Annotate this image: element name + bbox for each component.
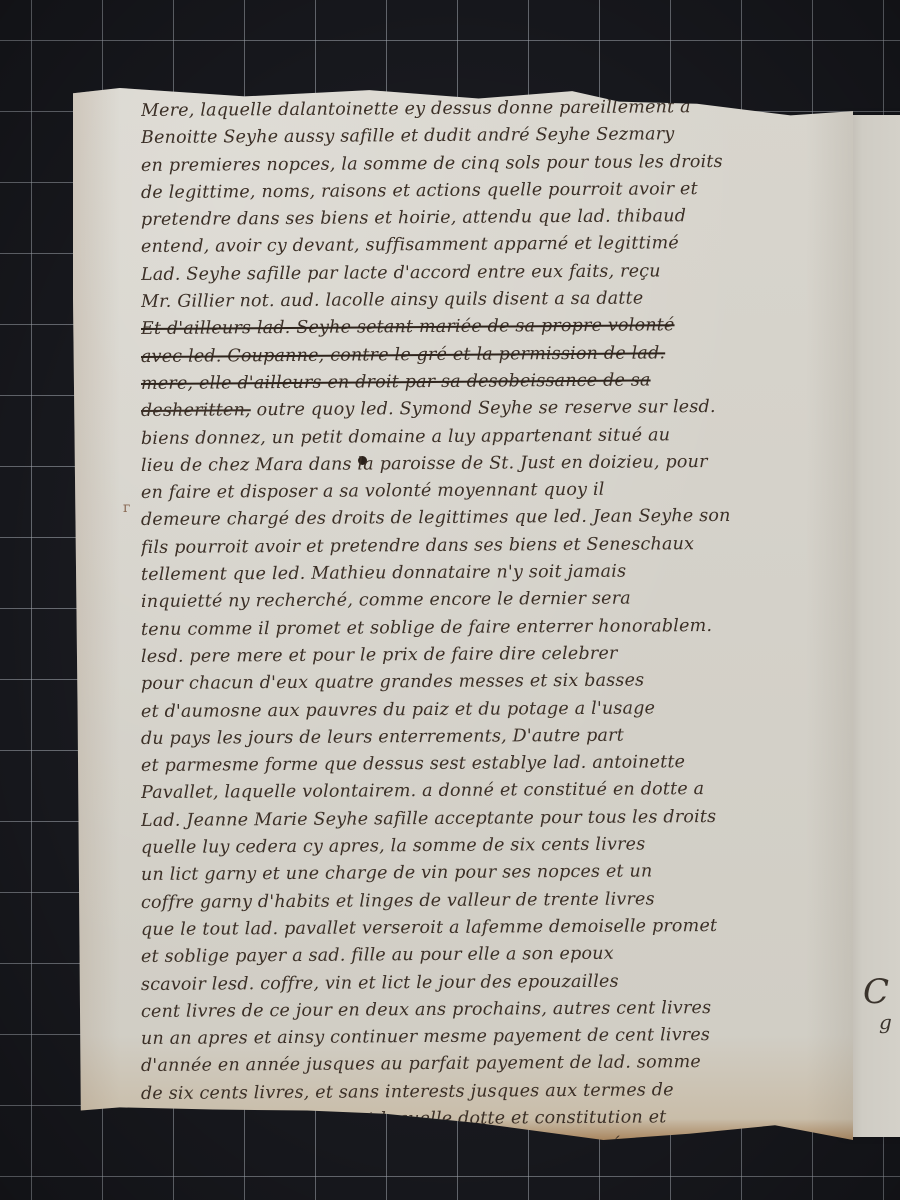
text-line: Benoitte Seyhe aussy safille et dudit an… — [141, 120, 831, 152]
text-line: tellement que led. Mathieu donnataire n'… — [141, 557, 831, 589]
text-line: pour chacun d'eux quatre grandes messes … — [141, 666, 831, 698]
text-line: scavoir lesd. coffre, vin et lict le jou… — [141, 967, 831, 999]
text-line: Lad. Jeanne Marie Seyhe safille acceptan… — [141, 803, 831, 835]
text-line: demeure chargé des droits de legittimes … — [141, 503, 831, 535]
text-line: un lict garny et une charge de vin pour … — [141, 857, 831, 889]
margin-mark: ᴦ — [123, 500, 130, 516]
text-line: telle somme a lad. future epouze avec se… — [141, 1130, 831, 1162]
partially-struck-text-line: desheritten, outre quoy led. Symond Seyh… — [141, 393, 831, 425]
text-line: du pays les jours de leurs enterrements,… — [141, 721, 831, 753]
text-line: tenu comme il promet et soblige de faire… — [141, 612, 831, 644]
text-line: que le tout lad. pavallet verseroit a la… — [141, 912, 831, 944]
text-line: en premieres nopces, la somme de cinq so… — [141, 148, 831, 180]
text-line: fils pourroit avoir et pretendre dans se… — [141, 530, 831, 562]
text-line: un an apres et ainsy continuer mesme pay… — [141, 1021, 831, 1053]
text-line: coffre garny d'habits et linges de valle… — [141, 885, 831, 917]
text-line: Pavallet, laquelle volontairem. a donné … — [141, 776, 831, 808]
text-line: payer echeus, Moyennant laquelle dotte e… — [141, 1103, 831, 1135]
handwritten-text: Mere, laquelle dalantoinette ey dessus d… — [141, 98, 831, 1163]
struck-text-line: Et d'ailleurs lad. Seyhe setant mariée d… — [141, 312, 831, 344]
struck-text-line: avec led. Coupanne, contre le gré et la … — [141, 339, 831, 371]
text-line: entend, avoir cy devant, suffisamment ap… — [141, 230, 831, 262]
text-line: et soblige payer a sad. fille au pour el… — [141, 939, 831, 971]
text-line: en faire et disposer a sa volonté moyenn… — [141, 475, 831, 507]
text-line: de legittime, noms, raisons et actions q… — [141, 175, 831, 207]
text-line: quelle luy cedera cy apres, la somme de … — [141, 830, 831, 862]
adjacent-folio: C g — [845, 115, 900, 1137]
text-line: pretendre dans ses biens et hoirie, atte… — [141, 202, 831, 234]
struck-text-line: mere, elle d'ailleurs en droit par sa de… — [141, 366, 831, 398]
text-line: inquietté ny recherché, comme encore le … — [141, 585, 831, 617]
text-line: Lad. Seyhe safille par lacte d'accord en… — [141, 257, 831, 289]
text-line: et parmesme forme que dessus sest establ… — [141, 748, 831, 780]
text-line: lieu de chez Mara dans la paroisse de St… — [141, 448, 831, 480]
margin-note: g — [879, 1010, 892, 1034]
margin-initial: C — [863, 975, 889, 1009]
text-line: de six cents livres, et sans interests j… — [141, 1076, 831, 1108]
struck-word: desheritten, — [141, 400, 251, 421]
text-line: biens donnez, un petit domaine a luy app… — [141, 421, 831, 453]
manuscript-page: ᴦ Mere, laquelle dalantoinette ey dessus… — [73, 88, 853, 1140]
text-line: cent livres de ce jour en deux ans proch… — [141, 994, 831, 1026]
text-line: d'année en année jusques au parfait paye… — [141, 1049, 831, 1081]
ink-blot — [358, 456, 367, 465]
text-line: Mr. Gillier not. aud. lacolle ainsy quil… — [141, 284, 831, 316]
text-line: lesd. pere mere et pour le prix de faire… — [141, 639, 831, 671]
text-line: et d'aumosne aux pauvres du paiz et du p… — [141, 694, 831, 726]
text-line: Mere, laquelle dalantoinette ey dessus d… — [141, 93, 831, 125]
